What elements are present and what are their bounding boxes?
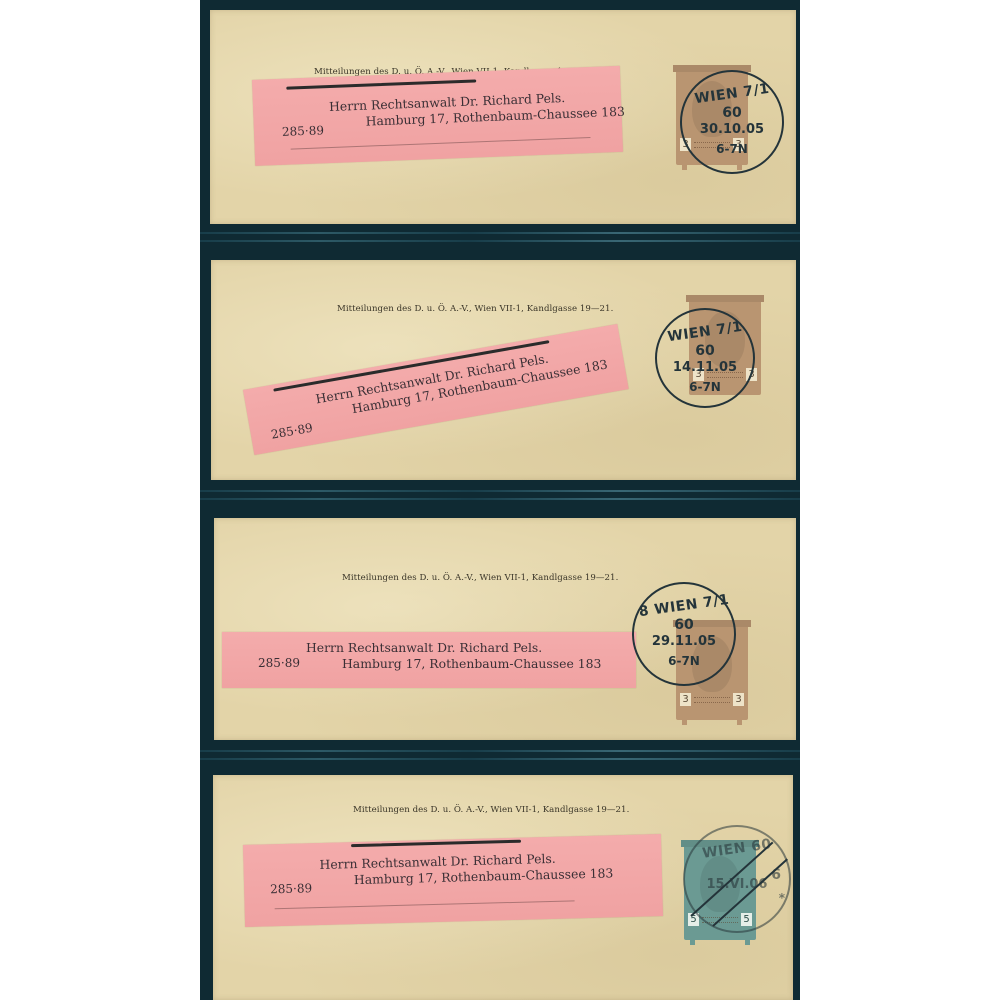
- subscriber-ref: 285·89: [258, 656, 300, 670]
- address-label: Herrn Rechtsanwalt Dr. Richard Pels. Ham…: [252, 66, 623, 166]
- postmark-office: 60: [682, 105, 782, 121]
- label-bar: [286, 79, 476, 89]
- postmark: WIEN 7/1 60 30.10.05 6-7N: [680, 70, 784, 174]
- wrapper-imprint: Mitteilungen des D. u. Ö. A.-V., Wien VI…: [342, 573, 618, 583]
- postmark-office: 60: [634, 617, 734, 633]
- stamp-frame: [686, 295, 764, 302]
- postmark-office: 60: [657, 343, 753, 359]
- newspaper-wrapper-4: Mitteilungen des D. u. Ö. A.-V., Wien VI…: [213, 775, 793, 1000]
- label-bar: [351, 840, 521, 847]
- subscriber-ref: 285·89: [270, 881, 312, 896]
- postmark: WIEN 7/1 60 14.11.05 6-7N: [655, 308, 755, 408]
- postmark-date: 14.11.05: [657, 360, 753, 375]
- wrapper-imprint: Mitteilungen des D. u. Ö. A.-V., Wien VI…: [353, 805, 629, 815]
- postmark-star: *: [779, 891, 785, 905]
- address-label: Herrn Rechtsanwalt Dr. Richard Pels. Ham…: [243, 834, 663, 927]
- postmark-date: 15.VI.06: [685, 877, 789, 892]
- address-label: Herrn Rechtsanwalt Dr. Richard Pels. Ham…: [243, 324, 629, 455]
- subscriber-ref: 285·89: [282, 123, 325, 139]
- stamp-feet: [690, 939, 750, 945]
- postmark-time: 6-7N: [682, 142, 782, 156]
- mount-strip: [200, 240, 800, 242]
- addressee-line: Herrn Rechtsanwalt Dr. Richard Pels.: [306, 640, 542, 655]
- mount-strip: [200, 490, 800, 492]
- postmark: WIEN 60 6 15.VI.06 *: [683, 825, 791, 933]
- stamp-feet: [682, 719, 742, 725]
- address-line: Hamburg 17, Rothenbaum-Chaussee 183: [342, 656, 601, 671]
- stamp-value: 3: [680, 693, 691, 706]
- postmark-date: 29.11.05: [634, 634, 734, 649]
- newspaper-wrapper-3: Mitteilungen des D. u. Ö. A.-V., Wien VI…: [214, 518, 796, 740]
- postmark-town: WIEN 60: [684, 834, 789, 864]
- wrapper-imprint: Mitteilungen des D. u. Ö. A.-V., Wien VI…: [337, 304, 613, 314]
- label-rule: [275, 900, 575, 909]
- newspaper-wrapper-2: Mitteilungen des D. u. Ö. A.-V., Wien VI…: [211, 260, 796, 480]
- mount-strip: [200, 758, 800, 760]
- postmark-time: 6-7N: [657, 380, 753, 394]
- postmark-time: 6-7N: [634, 654, 734, 668]
- newspaper-wrapper-1: Mitteilungen des D. u. Ö. A.-V., Wien VI…: [210, 10, 796, 224]
- mount-strip: [200, 750, 800, 752]
- mount-strip: [200, 498, 800, 500]
- subscriber-ref: 285·89: [270, 421, 314, 442]
- address-label: Herrn Rechtsanwalt Dr. Richard Pels. Ham…: [222, 632, 636, 688]
- postmark-date: 30.10.05: [682, 122, 782, 137]
- mount-strip: [200, 232, 800, 234]
- stamp-value: 3: [733, 693, 744, 706]
- value-tablet: [694, 697, 730, 703]
- label-rule: [291, 137, 591, 150]
- postmark: 8 WIEN 7/1 60 29.11.05 6-7N: [632, 582, 736, 686]
